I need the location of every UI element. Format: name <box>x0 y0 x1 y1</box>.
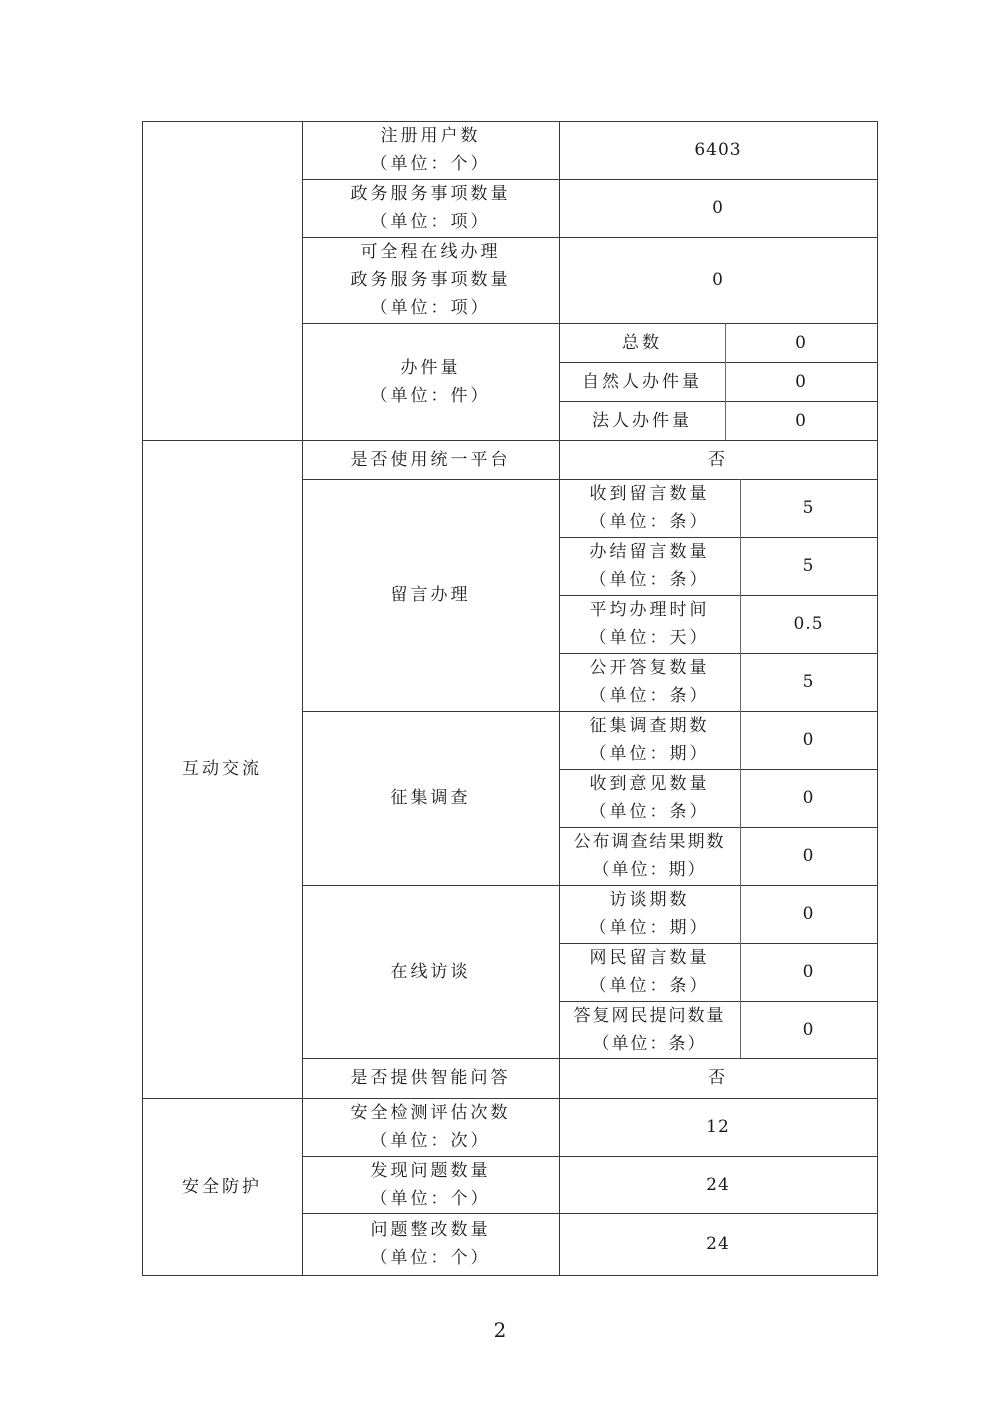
group-label-survey: 征集调查 <box>302 711 559 885</box>
page-number: 2 <box>0 1318 1000 1342</box>
row-label-smart-qa: 是否提供智能问答 <box>302 1058 559 1098</box>
value-registered-users: 6403 <box>559 121 877 179</box>
sub-label-results-published: 公布调查结果期数 （单位：期） <box>559 827 740 885</box>
sub-value-total: 0 <box>725 323 877 362</box>
sub-label-natural-person: 自然人办件量 <box>559 362 725 401</box>
sub-label-messages-closed: 办结留言数量 （单位：条） <box>559 537 740 595</box>
row-label-unified-platform: 是否使用统一平台 <box>302 440 559 479</box>
row-label-service-items: 政务服务事项数量 （单位：项） <box>302 179 559 237</box>
sub-label-legal-person: 法人办件量 <box>559 401 725 440</box>
sub-label-interview-periods: 访谈期数 （单位：期） <box>559 885 740 943</box>
sub-value-public-replies: 5 <box>740 653 877 711</box>
group-label-message-handling: 留言办理 <box>302 479 559 711</box>
sub-label-public-replies: 公开答复数量 （单位：条） <box>559 653 740 711</box>
sub-value-avg-handling-time: 0.5 <box>740 595 877 653</box>
sub-label-netizen-replies: 答复网民提问数量 （单位：条） <box>559 1001 740 1058</box>
category-security: 安全防护 <box>142 1098 302 1275</box>
sub-value-opinions-received: 0 <box>740 769 877 827</box>
sub-label-avg-handling-time: 平均办理时间 （单位：天） <box>559 595 740 653</box>
row-label-issues-found: 发现问题数量 （单位：个） <box>302 1156 559 1213</box>
row-label-case-volume: 办件量 （单位：件） <box>302 323 559 440</box>
value-issues-fixed: 24 <box>559 1213 877 1275</box>
sub-value-results-published: 0 <box>740 827 877 885</box>
sub-value-survey-periods: 0 <box>740 711 877 769</box>
value-smart-qa: 否 <box>559 1058 877 1098</box>
category-interaction: 互动交流 <box>142 440 302 1098</box>
sub-value-netizen-messages: 0 <box>740 943 877 1001</box>
sub-value-legal-person: 0 <box>725 401 877 440</box>
sub-label-total: 总数 <box>559 323 725 362</box>
value-unified-platform: 否 <box>559 440 877 479</box>
row-label-security-checks: 安全检测评估次数 （单位：次） <box>302 1098 559 1156</box>
sub-value-natural-person: 0 <box>725 362 877 401</box>
sub-value-netizen-replies: 0 <box>740 1001 877 1058</box>
sub-label-opinions-received: 收到意见数量 （单位：条） <box>559 769 740 827</box>
sub-label-survey-periods: 征集调查期数 （单位：期） <box>559 711 740 769</box>
row-label-issues-fixed: 问题整改数量 （单位：个） <box>302 1213 559 1275</box>
value-security-checks: 12 <box>559 1098 877 1156</box>
group-label-online-interview: 在线访谈 <box>302 885 559 1058</box>
sub-value-messages-received: 5 <box>740 479 877 537</box>
category-top <box>142 121 302 440</box>
value-online-service-items: 0 <box>559 237 877 323</box>
sub-value-messages-closed: 5 <box>740 537 877 595</box>
row-label-registered-users: 注册用户数 （单位：个） <box>302 121 559 179</box>
row-label-online-service-items: 可全程在线办理 政务服务事项数量 （单位：项） <box>302 237 559 323</box>
value-issues-found: 24 <box>559 1156 877 1213</box>
sub-value-interview-periods: 0 <box>740 885 877 943</box>
sub-label-messages-received: 收到留言数量 （单位：条） <box>559 479 740 537</box>
sub-label-netizen-messages: 网民留言数量 （单位：条） <box>559 943 740 1001</box>
value-service-items: 0 <box>559 179 877 237</box>
